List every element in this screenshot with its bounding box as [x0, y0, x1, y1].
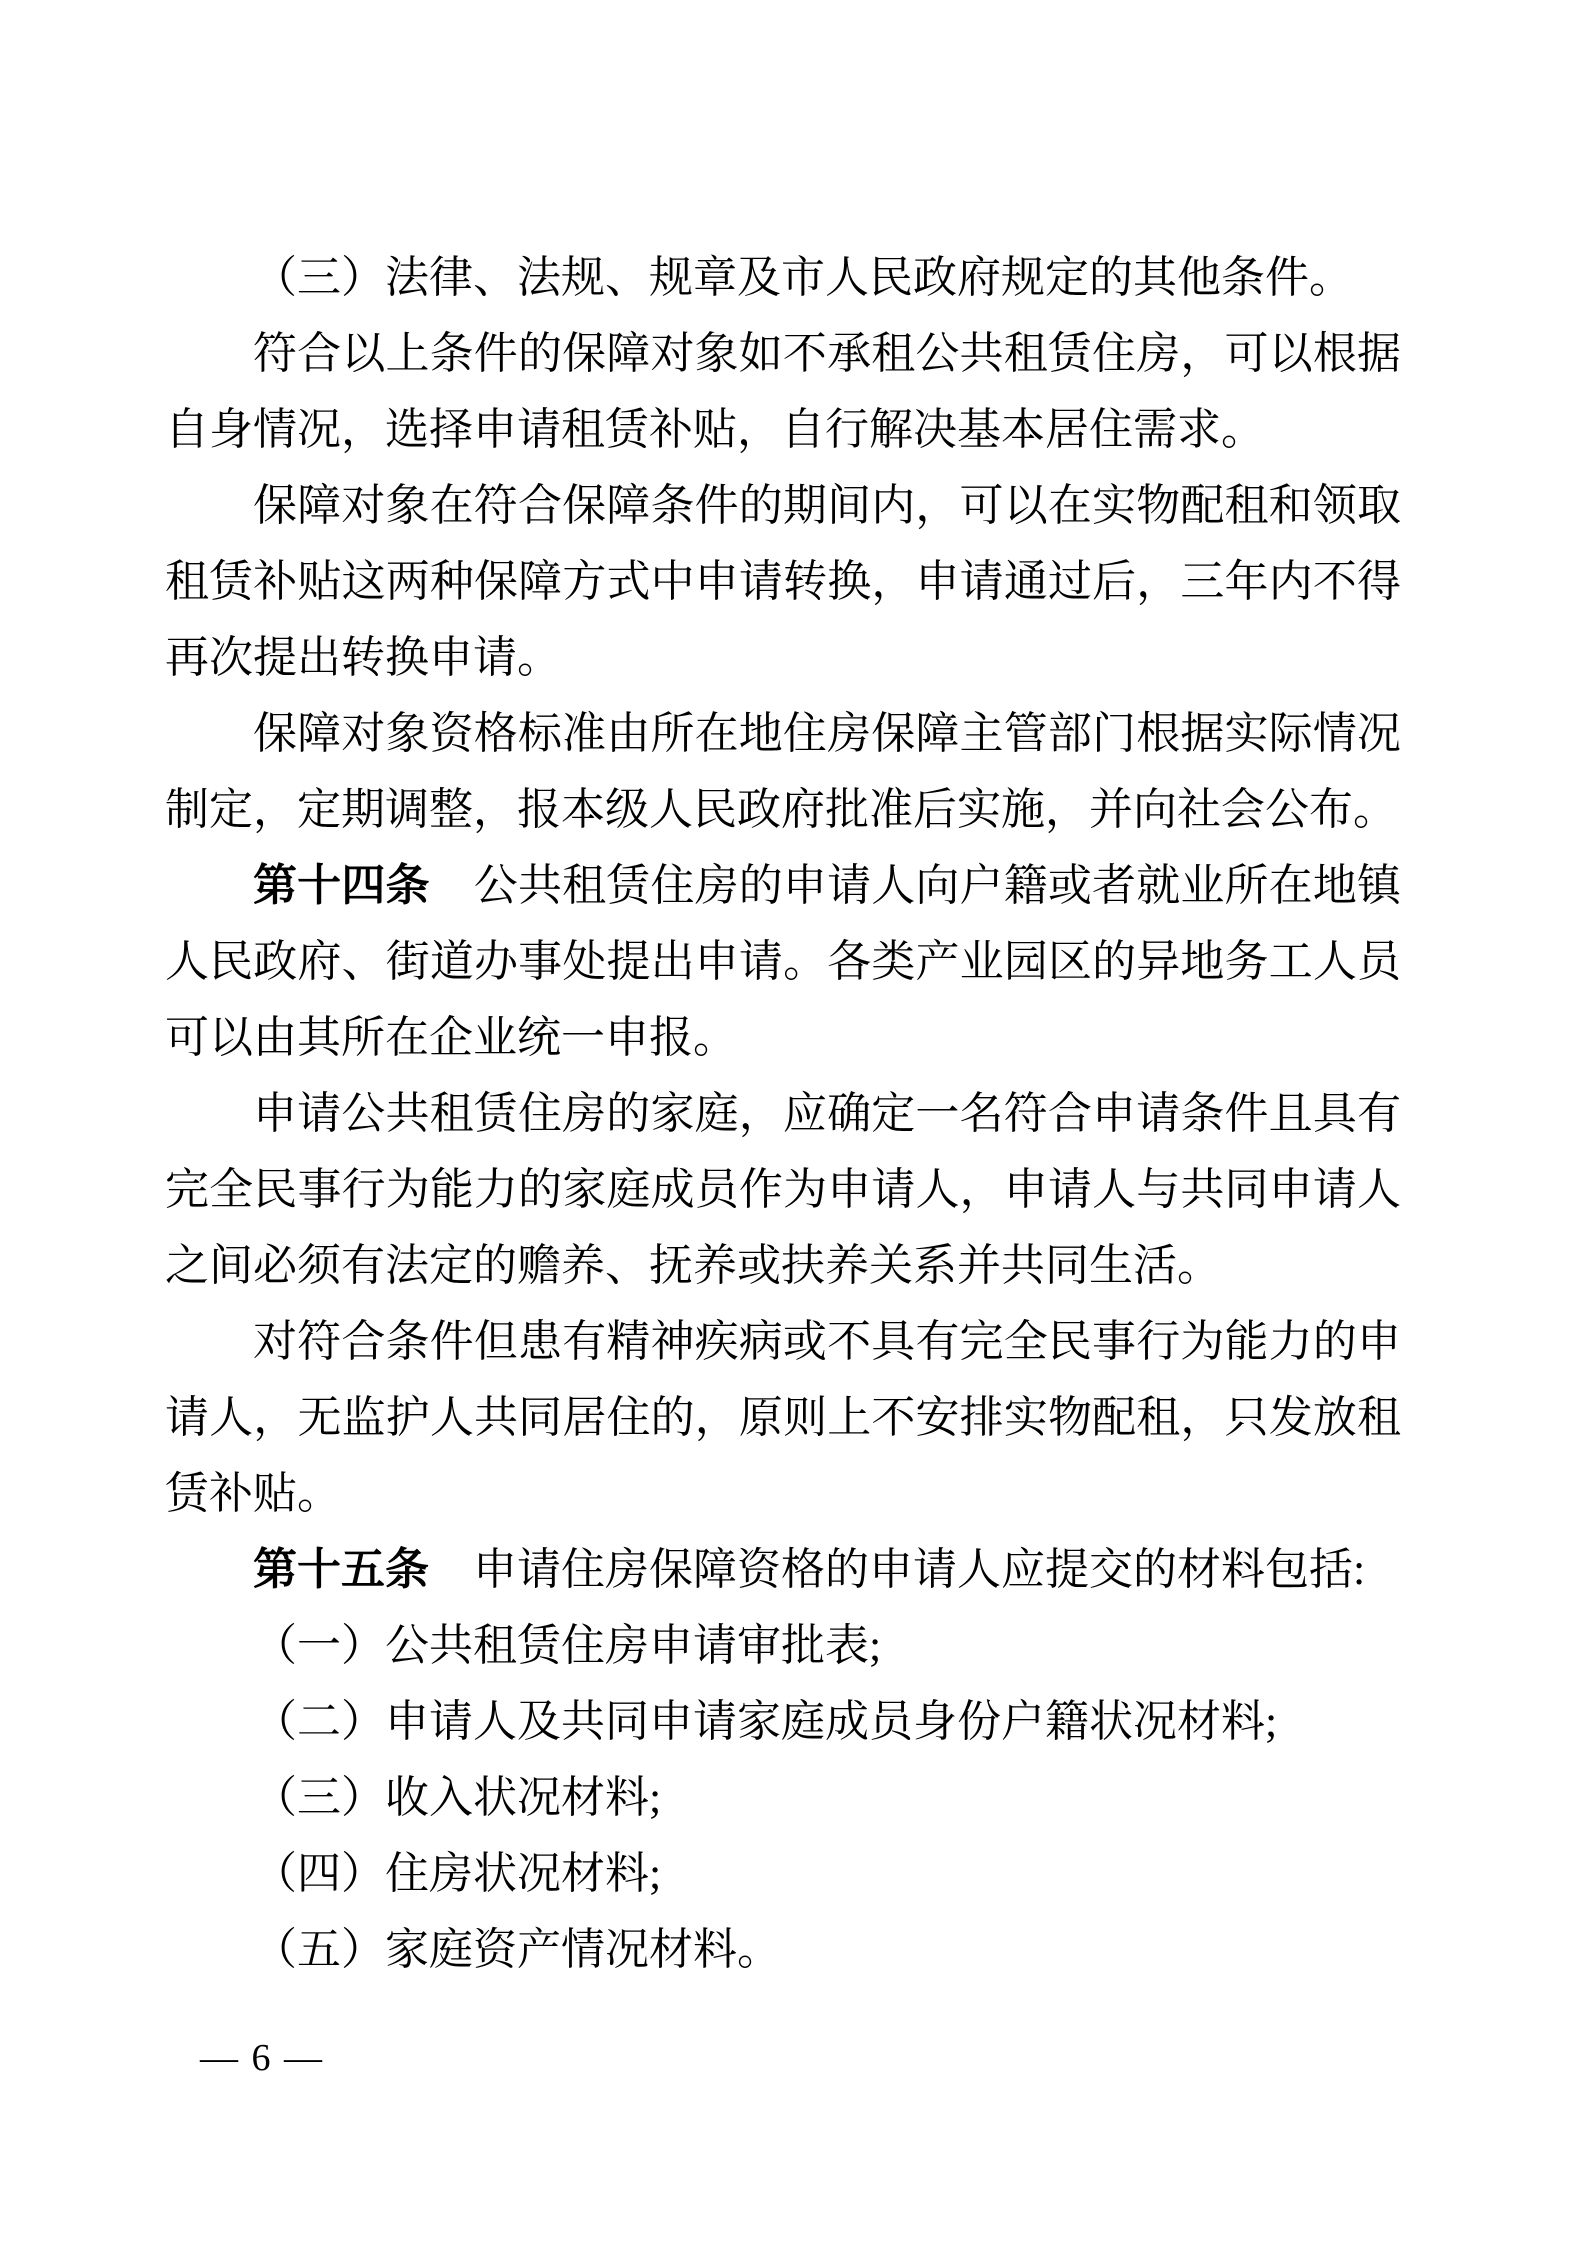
text-line: 人民政府、街道办事处提出申请。各类产业园区的异地务工人员 [165, 924, 1401, 1000]
paragraph: 符合以上条件的保障对象如不承租公共租赁住房，可以根据自身情况，选择申请租赁补贴，… [165, 316, 1401, 468]
text-segment: （二）申请人及共同申请家庭成员身份户籍状况材料; [253, 1697, 1277, 1746]
text-line: （三）收入状况材料; [165, 1760, 1401, 1836]
text-line: 再次提出转换申请。 [165, 620, 1401, 696]
paragraph: （三）收入状况材料; [165, 1760, 1401, 1836]
text-line: 赁补贴。 [165, 1456, 1401, 1532]
text-line: 保障对象资格标准由所在地住房保障主管部门根据实际情况 [165, 696, 1401, 772]
text-segment: （一）公共租赁住房申请审批表; [253, 1621, 881, 1670]
text-segment: 再次提出转换申请。 [165, 633, 561, 682]
text-line: 完全民事行为能力的家庭成员作为申请人，申请人与共同申请人 [165, 1152, 1401, 1228]
text-line: （四）住房状况材料; [165, 1836, 1401, 1912]
text-segment: 对符合条件但患有精神疾病或不具有完全民事行为能力的申 [253, 1317, 1401, 1366]
article-number: 第十五条 [253, 1545, 429, 1594]
text-segment: （三）收入状况材料; [253, 1773, 661, 1822]
text-segment: 申请公共租赁住房的家庭，应确定一名符合申请条件且具有 [253, 1089, 1401, 1138]
paragraph: （二）申请人及共同申请家庭成员身份户籍状况材料; [165, 1684, 1401, 1760]
text-segment: （五）家庭资产情况材料。 [253, 1925, 781, 1974]
text-line: 申请公共租赁住房的家庭，应确定一名符合申请条件且具有 [165, 1076, 1401, 1152]
paragraph: 申请公共租赁住房的家庭，应确定一名符合申请条件且具有完全民事行为能力的家庭成员作… [165, 1076, 1401, 1304]
text-segment: 请人，无监护人共同居住的，原则上不安排实物配租，只发放租 [165, 1393, 1401, 1442]
text-line: （三）法律、法规、规章及市人民政府规定的其他条件。 [165, 240, 1401, 316]
text-line: （五）家庭资产情况材料。 [165, 1912, 1401, 1988]
text-line: 制定，定期调整，报本级人民政府批准后实施，并向社会公布。 [165, 772, 1401, 848]
paragraph: 第十五条 申请住房保障资格的申请人应提交的材料包括: [165, 1532, 1401, 1608]
text-segment: 制定，定期调整，报本级人民政府批准后实施，并向社会公布。 [165, 785, 1397, 834]
document-page: （三）法律、法规、规章及市人民政府规定的其他条件。符合以上条件的保障对象如不承租… [0, 0, 1587, 2245]
text-line: （一）公共租赁住房申请审批表; [165, 1608, 1401, 1684]
paragraph: （四）住房状况材料; [165, 1836, 1401, 1912]
text-segment: 符合以上条件的保障对象如不承租公共租赁住房，可以根据 [253, 329, 1401, 378]
text-line: 保障对象在符合保障条件的期间内，可以在实物配租和领取 [165, 468, 1401, 544]
text-segment: 租赁补贴这两种保障方式中申请转换，申请通过后，三年内不得 [165, 557, 1401, 606]
text-segment: 之间必须有法定的赡养、抚养或扶养关系并共同生活。 [165, 1241, 1221, 1290]
text-segment: （四）住房状况材料; [253, 1849, 661, 1898]
text-line: 之间必须有法定的赡养、抚养或扶养关系并共同生活。 [165, 1228, 1401, 1304]
text-segment: （三）法律、法规、规章及市人民政府规定的其他条件。 [253, 253, 1353, 302]
text-segment: 申请住房保障资格的申请人应提交的材料包括: [429, 1545, 1365, 1594]
article-number: 第十四条 [253, 861, 430, 910]
text-segment: 可以由其所在企业统一申报。 [165, 1013, 737, 1062]
paragraph: （五）家庭资产情况材料。 [165, 1912, 1401, 1988]
paragraph: （三）法律、法规、规章及市人民政府规定的其他条件。 [165, 240, 1401, 316]
paragraph: （一）公共租赁住房申请审批表; [165, 1608, 1401, 1684]
text-segment: 公共租赁住房的申请人向户籍或者就业所在地镇 [430, 861, 1401, 910]
text-segment: 保障对象资格标准由所在地住房保障主管部门根据实际情况 [253, 709, 1401, 758]
text-segment: 赁补贴。 [165, 1469, 341, 1518]
paragraph: 第十四条 公共租赁住房的申请人向户籍或者就业所在地镇人民政府、街道办事处提出申请… [165, 848, 1401, 1076]
text-segment: 人民政府、街道办事处提出申请。各类产业园区的异地务工人员 [165, 937, 1401, 986]
text-line: 租赁补贴这两种保障方式中申请转换，申请通过后，三年内不得 [165, 544, 1401, 620]
page-footer: — 6 — [200, 2034, 324, 2082]
paragraph: 保障对象在符合保障条件的期间内，可以在实物配租和领取租赁补贴这两种保障方式中申请… [165, 468, 1401, 696]
paragraph: 保障对象资格标准由所在地住房保障主管部门根据实际情况制定，定期调整，报本级人民政… [165, 696, 1401, 848]
page-number: — 6 — [200, 2037, 324, 2079]
text-segment: 自身情况，选择申请租赁补贴，自行解决基本居住需求。 [165, 405, 1265, 454]
text-line: 自身情况，选择申请租赁补贴，自行解决基本居住需求。 [165, 392, 1401, 468]
text-line: 请人，无监护人共同居住的，原则上不安排实物配租，只发放租 [165, 1380, 1401, 1456]
text-segment: 保障对象在符合保障条件的期间内，可以在实物配租和领取 [253, 481, 1401, 530]
text-line: （二）申请人及共同申请家庭成员身份户籍状况材料; [165, 1684, 1401, 1760]
text-line: 对符合条件但患有精神疾病或不具有完全民事行为能力的申 [165, 1304, 1401, 1380]
text-line: 第十五条 申请住房保障资格的申请人应提交的材料包括: [165, 1532, 1401, 1608]
text-segment: 完全民事行为能力的家庭成员作为申请人，申请人与共同申请人 [165, 1165, 1401, 1214]
paragraph: 对符合条件但患有精神疾病或不具有完全民事行为能力的申请人，无监护人共同居住的，原… [165, 1304, 1401, 1532]
text-line: 符合以上条件的保障对象如不承租公共租赁住房，可以根据 [165, 316, 1401, 392]
text-line: 可以由其所在企业统一申报。 [165, 1000, 1401, 1076]
document-body: （三）法律、法规、规章及市人民政府规定的其他条件。符合以上条件的保障对象如不承租… [165, 240, 1401, 1988]
text-line: 第十四条 公共租赁住房的申请人向户籍或者就业所在地镇 [165, 848, 1401, 924]
